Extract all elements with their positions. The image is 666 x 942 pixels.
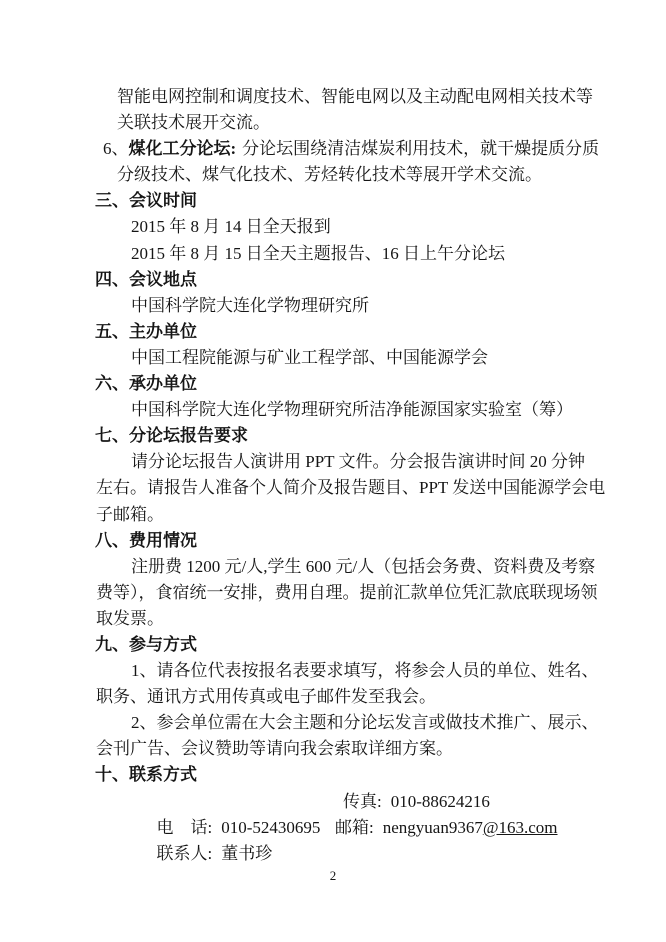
- section-heading-time: 三、会议时间: [0, 188, 666, 214]
- participation-point2-line: 会刊广告、会议赞助等请向我会索取详细方案。: [0, 736, 666, 762]
- section-time-line: 2015 年 8 月 14 日全天报到: [0, 214, 666, 240]
- list-item-6: 6、煤化工分论坛:分论坛围绕清洁煤炭利用技术，就干燥提质分质: [0, 136, 666, 162]
- section-heading-fees: 八、费用情况: [0, 528, 666, 554]
- section-report-line: 请分论坛报告人演讲用 PPT 文件。分会报告演讲时间 20 分钟: [0, 449, 666, 475]
- section-heading-host: 五、主办单位: [0, 319, 666, 345]
- section-fees-line: 注册费 1200 元/人,学生 600 元/人（包括会务费、资料费及考察: [0, 554, 666, 580]
- section-fees-line: 费等），食宿统一安排，费用自理。提前汇款单位凭汇款底联现场领: [0, 580, 666, 606]
- document-page: 智能电网控制和调度技术、智能电网以及主动配电网相关技术等 关联技术展开交流。 6…: [0, 0, 666, 942]
- page-number: 2: [0, 868, 666, 884]
- email-field: 邮箱:nengyuan9367@163.com: [335, 815, 558, 841]
- section-heading-organizer: 六、承办单位: [0, 371, 666, 397]
- section-heading-participation: 九、参与方式: [0, 632, 666, 658]
- email-link[interactable]: nengyuan9367@163.com: [383, 818, 558, 837]
- email-label: 邮箱:: [335, 818, 374, 837]
- participation-point1-line: 职务、通讯方式用传真或电子邮件发至我会。: [0, 684, 666, 710]
- section-organizer-line: 中国科学院大连化学物理研究所洁净能源国家实验室（筹）: [0, 397, 666, 423]
- participation-point1-line: 1、请各位代表按报名表要求填写，将参会人员的单位、姓名、: [0, 658, 666, 684]
- item-label: 煤化工分论坛:: [129, 139, 237, 158]
- section-heading-venue: 四、会议地点: [0, 267, 666, 293]
- contact-person-label: 联系人:: [157, 844, 213, 863]
- fax-number: 010-88624216: [391, 792, 490, 811]
- item5-continuation-line: 智能电网控制和调度技术、智能电网以及主动配电网相关技术等: [0, 84, 666, 110]
- email-user-part: nengyuan9367: [383, 818, 483, 837]
- contact-row-phone-fax: 电 话:010-52430695 传真:010-88624216: [0, 789, 666, 815]
- item6-continuation-line: 分级技术、煤气化技术、芳烃转化技术等展开学术交流。: [0, 162, 666, 188]
- item5-continuation-line: 关联技术展开交流。: [0, 110, 666, 136]
- email-domain-part: @163.com: [483, 818, 558, 837]
- fax-field: 传真:010-88624216: [343, 789, 490, 815]
- section-heading-report: 七、分论坛报告要求: [0, 423, 666, 449]
- item-number: 6、: [103, 139, 129, 158]
- section-time-line: 2015 年 8 月 15 日全天主题报告、16 日上午分论坛: [0, 241, 666, 267]
- contact-person-name: 董书珍: [221, 844, 272, 863]
- contact-row-person-email: 联系人:董书珍 邮箱:nengyuan9367@163.com: [0, 815, 666, 841]
- document-content: 智能电网控制和调度技术、智能电网以及主动配电网相关技术等 关联技术展开交流。 6…: [0, 84, 666, 841]
- item-text: 分论坛围绕清洁煤炭利用技术，就干燥提质分质: [242, 139, 599, 158]
- section-host-line: 中国工程院能源与矿业工程学部、中国能源学会: [0, 345, 666, 371]
- section-heading-contact: 十、联系方式: [0, 762, 666, 788]
- section-report-line: 左右。请报告人准备个人简介及报告题目、PPT 发送中国能源学会电: [0, 475, 666, 501]
- section-fees-line: 取发票。: [0, 606, 666, 632]
- participation-point2-line: 2、参会单位需在大会主题和分论坛发言或做技术推广、展示、: [0, 710, 666, 736]
- fax-label: 传真:: [343, 792, 382, 811]
- section-report-line: 子邮箱。: [0, 502, 666, 528]
- section-venue-line: 中国科学院大连化学物理研究所: [0, 293, 666, 319]
